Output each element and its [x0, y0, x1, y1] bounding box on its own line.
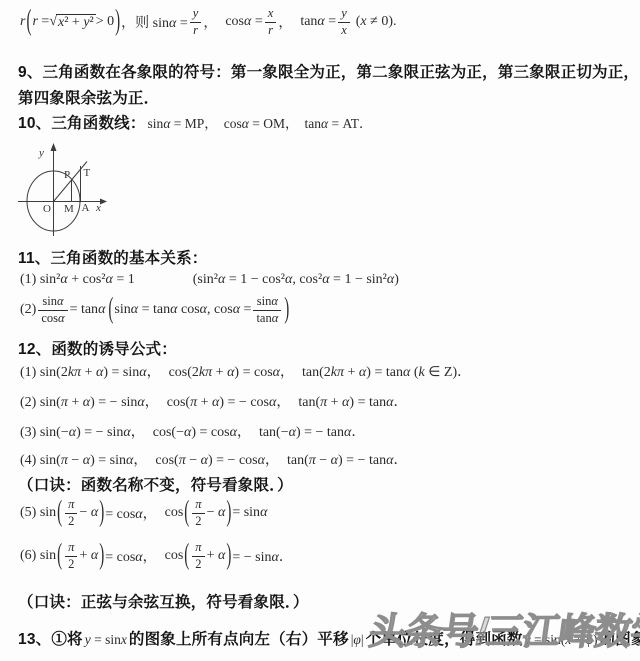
- unit-circle-diagram: y x O M A P T: [14, 136, 126, 244]
- cn-text: 的图象上所有点向左（右）平移: [129, 627, 349, 649]
- terminal-side-line: [54, 162, 88, 202]
- cn-text: 10、三角函数线：: [18, 111, 146, 133]
- item-10-trig-lines: 10、三角函数线：sinα = MP，cosα = OM，tanα = AT．: [18, 111, 374, 133]
- item-12-formula-1: (1) sin(2kπ + α) = sinα，cos(2kπ + α) = c…: [20, 361, 471, 381]
- inline-formula: y = sinx: [83, 632, 129, 648]
- item-9-quadrant-signs: 9、三角函数在各象限的符号：第一象限全为正，第二象限正弦为正，第三象限正切为正，: [18, 60, 639, 82]
- formula-sin-cos-tan-def: r(r = √x² + y² > 0)，则 sinα = yr，cosα = x…: [20, 6, 397, 38]
- point-a-label: A: [82, 202, 90, 214]
- watermark: 头条号/三江峰数学: [366, 601, 640, 655]
- cn-text: 13、①将: [18, 627, 83, 649]
- inline-formula: sinα = MP，cosα = OM，tanα = AT．: [146, 112, 375, 132]
- item-11-heading: 11、三角函数的基本关系：: [18, 246, 208, 268]
- y-axis-arrow: [51, 143, 57, 151]
- item-12-heading: 12、函数的诱导公式：: [18, 337, 177, 359]
- x-axis-arrow: [100, 199, 107, 205]
- item-12-formula-5: (5) sin(π2 − α) = cosα，cos(π2 − α) = sin…: [20, 497, 267, 529]
- mnemonic-1: （口诀：函数名称不变，符号看象限．）: [18, 473, 293, 495]
- mnemonic-2: （口诀：正弦与余弦互换，符号看象限．）: [18, 590, 309, 612]
- item-12-formula-2: (2) sin(π + α) = − sinα，cos(π + α) = − c…: [20, 391, 407, 411]
- x-axis-label: x: [95, 202, 101, 214]
- origin-label: O: [43, 203, 51, 215]
- inline-formula: |φ|: [349, 632, 366, 648]
- point-p-label: P: [64, 169, 70, 181]
- y-axis-label: y: [38, 147, 44, 159]
- item-11-formula-2: (2) sinαcosα = tanα(sinα = tanα cosα, co…: [20, 294, 290, 326]
- item-12-formula-6: (6) sin(π2 + α) = cosα，cos(π2 + α) = − s…: [20, 540, 293, 572]
- point-t-label: T: [84, 167, 91, 179]
- item-12-formula-3: (3) sin(−α) = − sinα，cos(−α) = cosα，tan(…: [20, 421, 365, 441]
- point-m-label: M: [64, 203, 74, 215]
- item-11-formula-1: (1) sin²α + cos²α = 1(sin²α = 1 − cos²α,…: [20, 272, 399, 288]
- math-notes-page: r(r = √x² + y² > 0)，则 sinα = yr，cosα = x…: [0, 0, 640, 661]
- item-9-continued: 第四象限余弦为正．: [18, 86, 159, 108]
- item-12-formula-4: (4) sin(π − α) = sinα，cos(π − α) = − cos…: [20, 449, 407, 469]
